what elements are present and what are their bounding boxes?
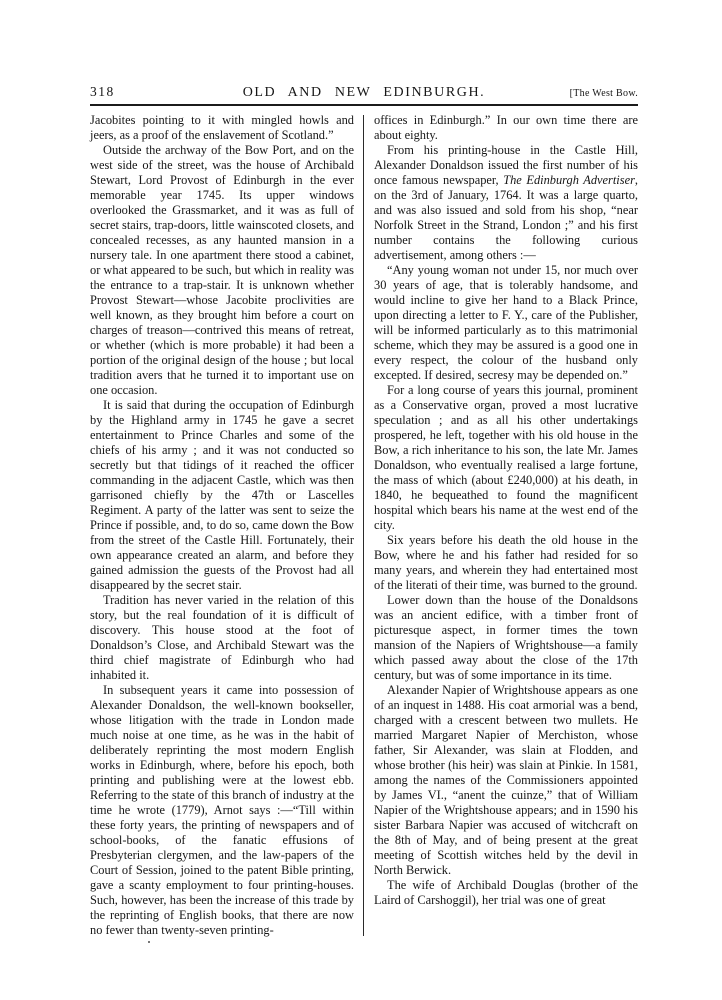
paragraph: Alexander Napier of Wrightshouse appears… xyxy=(374,683,638,878)
body-text: The wife of Archibald Douglas (brother o… xyxy=(374,878,638,907)
left-column: Jacobites pointing to it with mingled ho… xyxy=(90,113,354,938)
paragraph: It is said that during the occupation of… xyxy=(90,398,354,593)
body-text: Outside the archway of the Bow Port, and… xyxy=(90,143,354,397)
italic-text: The Edinburgh Advertiser xyxy=(503,173,635,187)
page-title: OLD AND NEW EDINBURGH. xyxy=(243,85,486,101)
right-column: offices in Edinburgh.” In our own time t… xyxy=(374,113,638,938)
page-number: 318 xyxy=(90,84,243,100)
page-header: 318 OLD AND NEW EDINBURGH. [The West Bow… xyxy=(90,84,638,101)
body-text: For a long course of years this journal,… xyxy=(374,383,638,532)
body-text: “Any young woman not under 15, nor much … xyxy=(374,263,638,382)
text-columns: Jacobites pointing to it with mingled ho… xyxy=(90,113,638,938)
body-text: Tradition has never varied in the relati… xyxy=(90,593,354,682)
running-head: [The West Bow. xyxy=(485,88,638,99)
paragraph: The wife of Archibald Douglas (brother o… xyxy=(374,878,638,908)
paragraph: In subsequent years it came into possess… xyxy=(90,683,354,938)
paragraph: From his printing-house in the Castle Hi… xyxy=(374,143,638,263)
body-text: It is said that during the occupation of… xyxy=(90,398,354,592)
body-text: Six years before his death the old house… xyxy=(374,533,638,592)
body-text: Alexander Napier of Wrightshouse appears… xyxy=(374,683,638,877)
paragraph: Six years before his death the old house… xyxy=(374,533,638,593)
body-text: Jacobites pointing to it with mingled ho… xyxy=(90,113,354,142)
paragraph: Lower down than the house of the Donalds… xyxy=(374,593,638,683)
paragraph: “Any young woman not under 15, nor much … xyxy=(374,263,638,383)
paragraph: Tradition has never varied in the relati… xyxy=(90,593,354,683)
paragraph: offices in Edinburgh.” In our own time t… xyxy=(374,113,638,143)
paragraph: Outside the archway of the Bow Port, and… xyxy=(90,143,354,398)
paragraph: For a long course of years this journal,… xyxy=(374,383,638,533)
body-text: In subsequent years it came into possess… xyxy=(90,683,354,937)
header-rule xyxy=(90,104,638,106)
body-text: Lower down than the house of the Donalds… xyxy=(374,593,638,682)
book-page: 318 OLD AND NEW EDINBURGH. [The West Bow… xyxy=(0,0,722,1000)
paragraph: Jacobites pointing to it with mingled ho… xyxy=(90,113,354,143)
print-artifact-dot xyxy=(148,941,150,943)
column-divider-rule xyxy=(363,115,364,936)
body-text: offices in Edinburgh.” In our own time t… xyxy=(374,113,638,142)
